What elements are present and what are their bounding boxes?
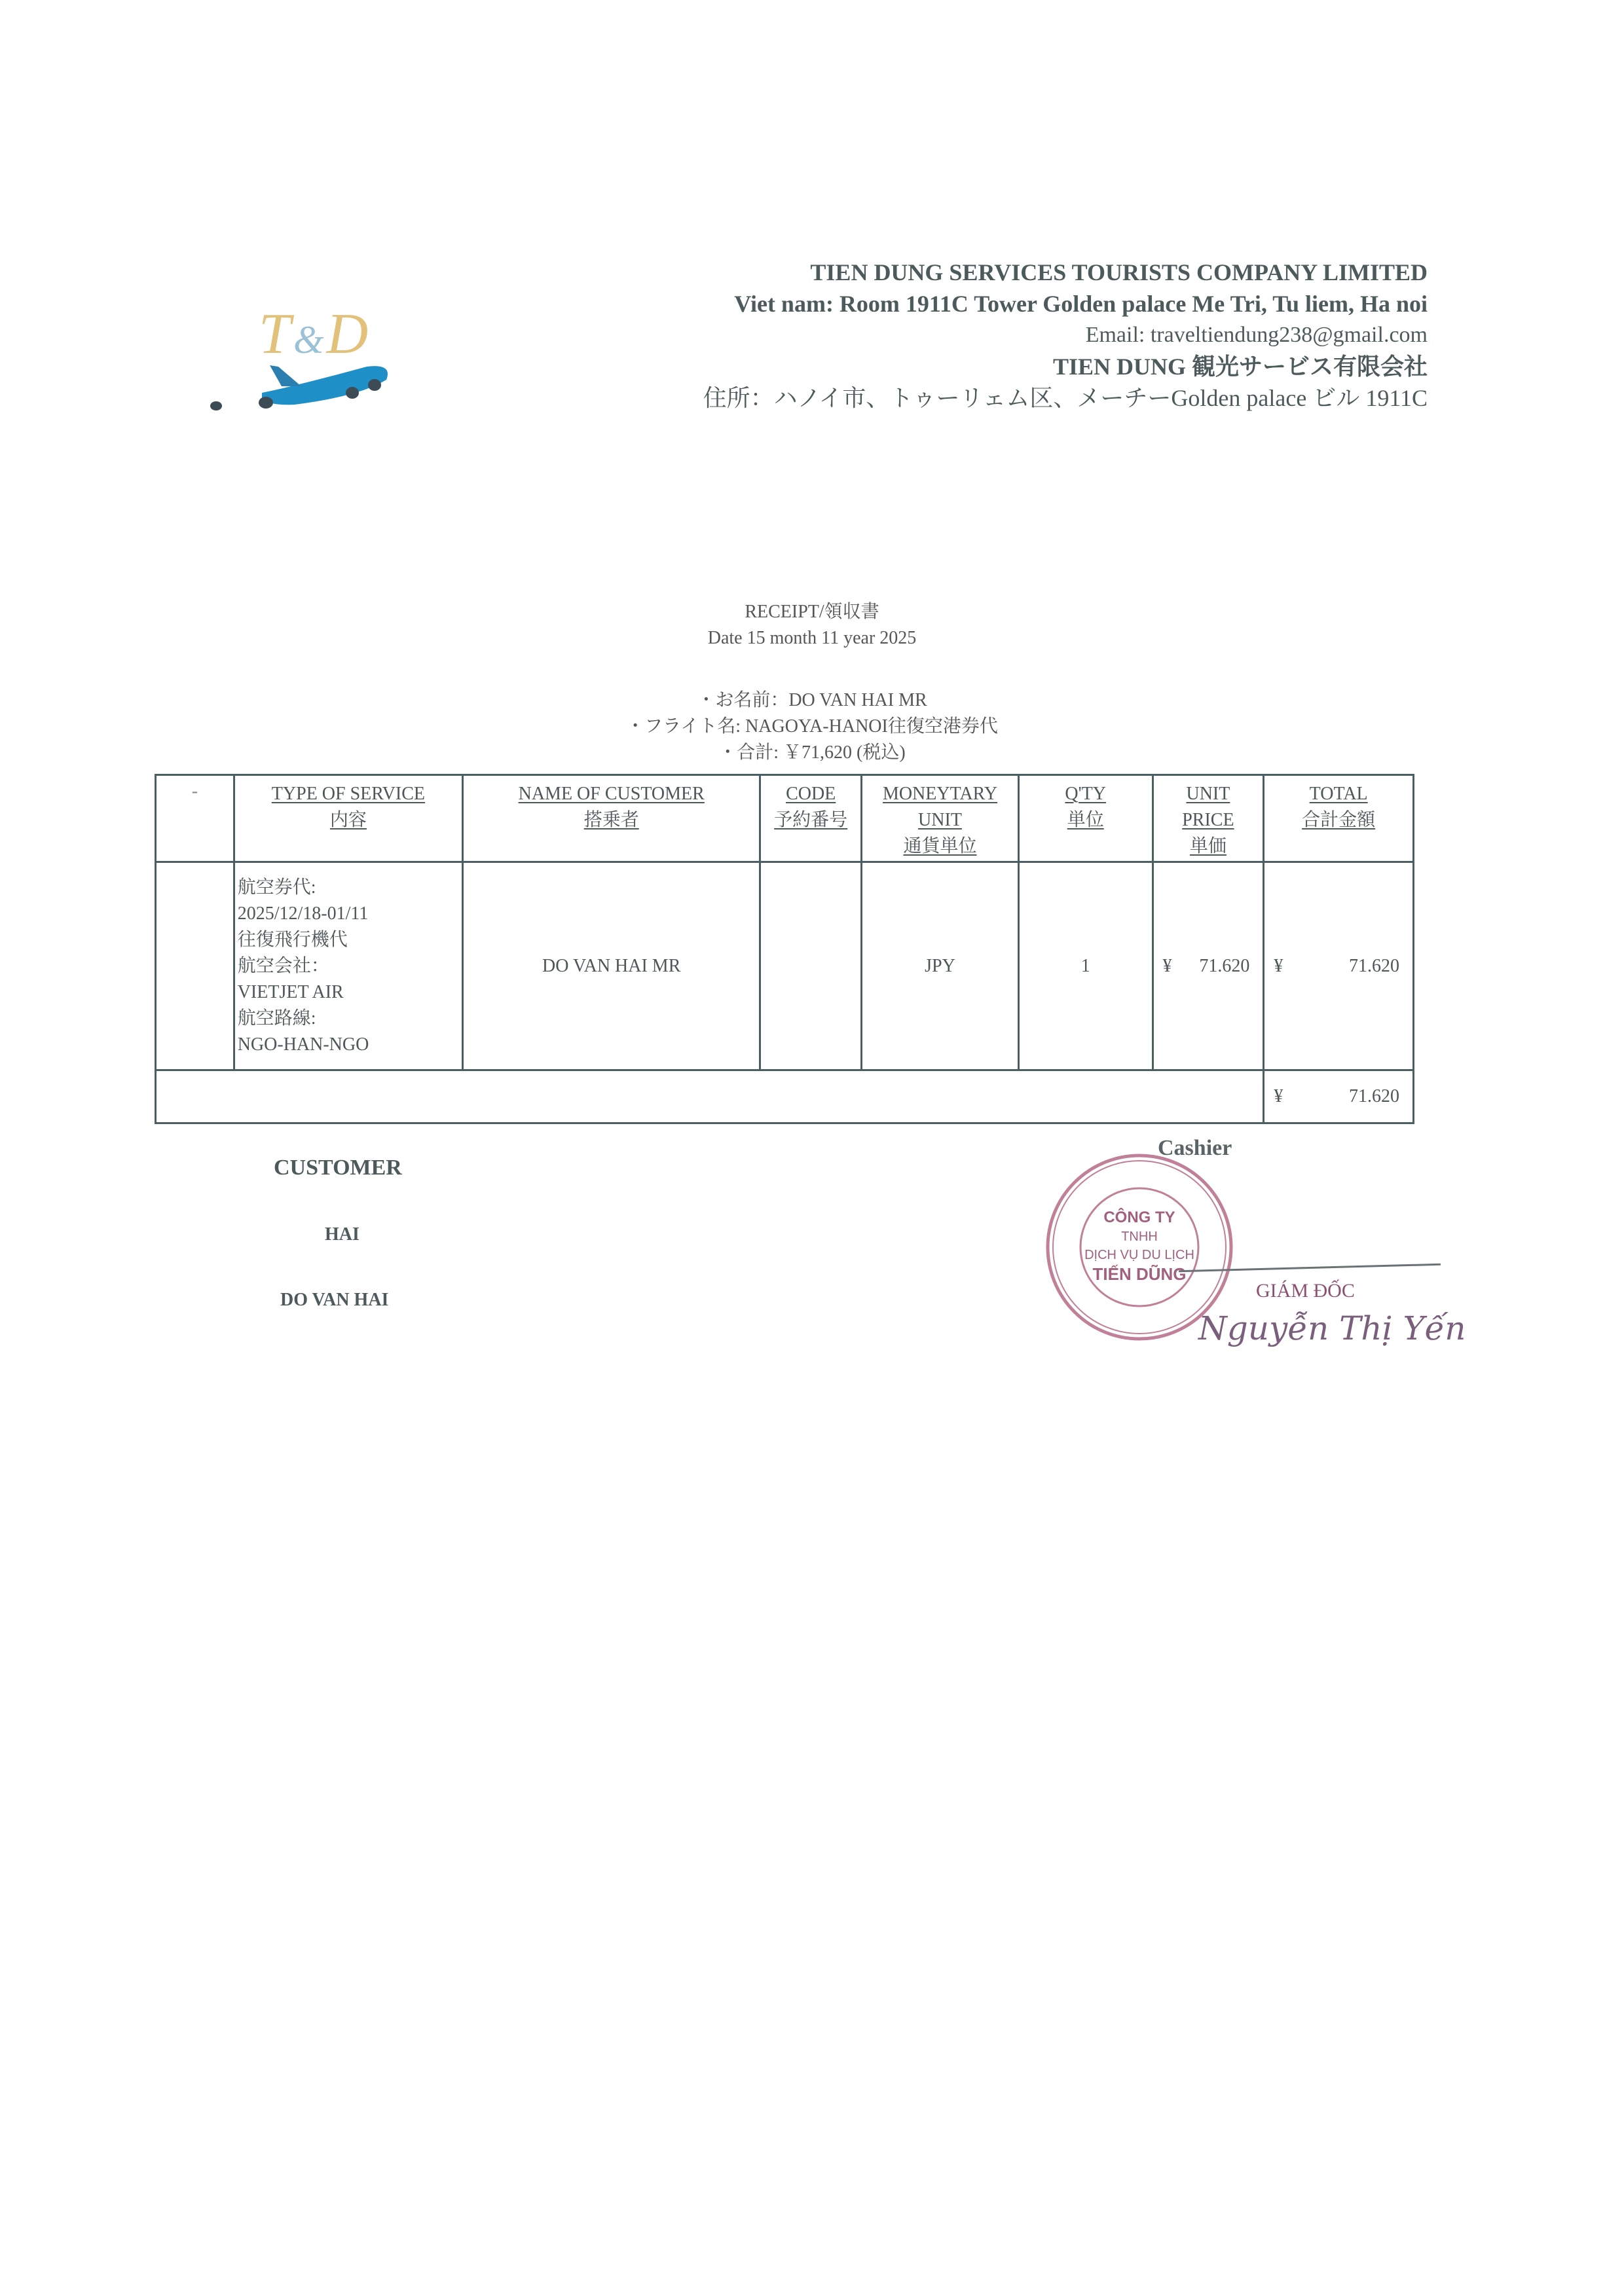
yen-symbol: ¥ bbox=[1264, 1086, 1283, 1107]
header-monetary-unit: MONEYTARYUNIT通貨単位 bbox=[862, 775, 1019, 862]
table-header: - TYPE OF SERVICE内容 NAME OF CUSTOMER搭乗者 … bbox=[156, 775, 1414, 862]
header-code: CODE予約番号 bbox=[760, 775, 862, 862]
header-qty: Q'TY単位 bbox=[1018, 775, 1153, 862]
row-index bbox=[156, 862, 234, 1070]
receipt-table: - TYPE OF SERVICE内容 NAME OF CUSTOMER搭乗者 … bbox=[155, 774, 1414, 1124]
company-address-vn: Viet nam: Room 1911C Tower Golden palace… bbox=[511, 288, 1428, 319]
svg-text:TIẾN DŨNG: TIẾN DŨNG bbox=[1093, 1264, 1187, 1284]
customer-signature: HAI bbox=[325, 1224, 360, 1245]
company-name-jp: TIEN DUNG 観光サービス有限会社 bbox=[511, 351, 1428, 382]
header-type-of-service: TYPE OF SERVICE内容 bbox=[234, 775, 462, 862]
svg-text:DỊCH VỤ DU LỊCH: DỊCH VỤ DU LỊCH bbox=[1084, 1248, 1194, 1262]
row-unit-price: ¥71.620 bbox=[1153, 862, 1264, 1070]
grand-total-spacer bbox=[156, 1070, 1264, 1123]
company-info: TIEN DUNG SERVICES TOURISTS COMPANY LIMI… bbox=[511, 257, 1428, 414]
receipt-date: Date 15 month 11 year 2025 bbox=[0, 625, 1624, 651]
header-unit-price: UNITPRICE単価 bbox=[1153, 775, 1264, 862]
director-signature-name: Nguyễn Thị Yến bbox=[1198, 1309, 1466, 1347]
customer-printed-name: DO VAN HAI bbox=[280, 1290, 388, 1311]
grand-total-row: ¥71.620 bbox=[156, 1070, 1414, 1123]
airplane-icon bbox=[196, 288, 413, 419]
yen-symbol: ¥ bbox=[1154, 956, 1172, 977]
receipt-summary: ・お名前：DO VAN HAI MR ・フライト名: NAGOYA-HANOI往… bbox=[0, 687, 1624, 766]
row-customer: DO VAN HAI MR bbox=[463, 862, 760, 1070]
svg-text:CÔNG TY: CÔNG TY bbox=[1103, 1208, 1175, 1226]
grand-total: ¥71.620 bbox=[1264, 1070, 1414, 1123]
director-title: GIÁM ĐỐC bbox=[1256, 1280, 1355, 1302]
company-address-jp: 住所：ハノイ市、トゥーリェム区、メーチーGolden palace ビル 191… bbox=[511, 382, 1428, 414]
company-name: TIEN DUNG SERVICES TOURISTS COMPANY LIMI… bbox=[511, 257, 1428, 288]
customer-name-line: ・お名前：DO VAN HAI MR bbox=[0, 687, 1624, 714]
row-service: 航空券代: 2025/12/18-01/11 往復飛行機代 航空会社： VIET… bbox=[234, 862, 462, 1070]
company-email: Email: traveltiendung238@gmail.com bbox=[511, 319, 1428, 351]
flight-line: ・フライト名: NAGOYA-HANOI往復空港券代 bbox=[0, 714, 1624, 740]
total-line: ・合計: ￥71,620 (税込) bbox=[0, 740, 1624, 766]
row-currency: JPY bbox=[862, 862, 1019, 1070]
row-code bbox=[760, 862, 862, 1070]
header-total: TOTAL合計金額 bbox=[1264, 775, 1414, 862]
receipt-title-block: RECEIPT/領収書 Date 15 month 11 year 2025 bbox=[0, 599, 1624, 651]
header-index: - bbox=[156, 775, 234, 862]
customer-label: CUSTOMER bbox=[274, 1156, 402, 1180]
header-name-of-customer: NAME OF CUSTOMER搭乗者 bbox=[463, 775, 760, 862]
svg-text:TNHH: TNHH bbox=[1121, 1230, 1158, 1244]
receipt-title: RECEIPT/領収書 bbox=[0, 599, 1624, 625]
row-qty: 1 bbox=[1018, 862, 1153, 1070]
row-total: ¥71.620 bbox=[1264, 862, 1414, 1070]
company-logo: T&D bbox=[196, 288, 413, 419]
table-row: 航空券代: 2025/12/18-01/11 往復飛行機代 航空会社： VIET… bbox=[156, 862, 1414, 1070]
yen-symbol: ¥ bbox=[1264, 956, 1283, 977]
